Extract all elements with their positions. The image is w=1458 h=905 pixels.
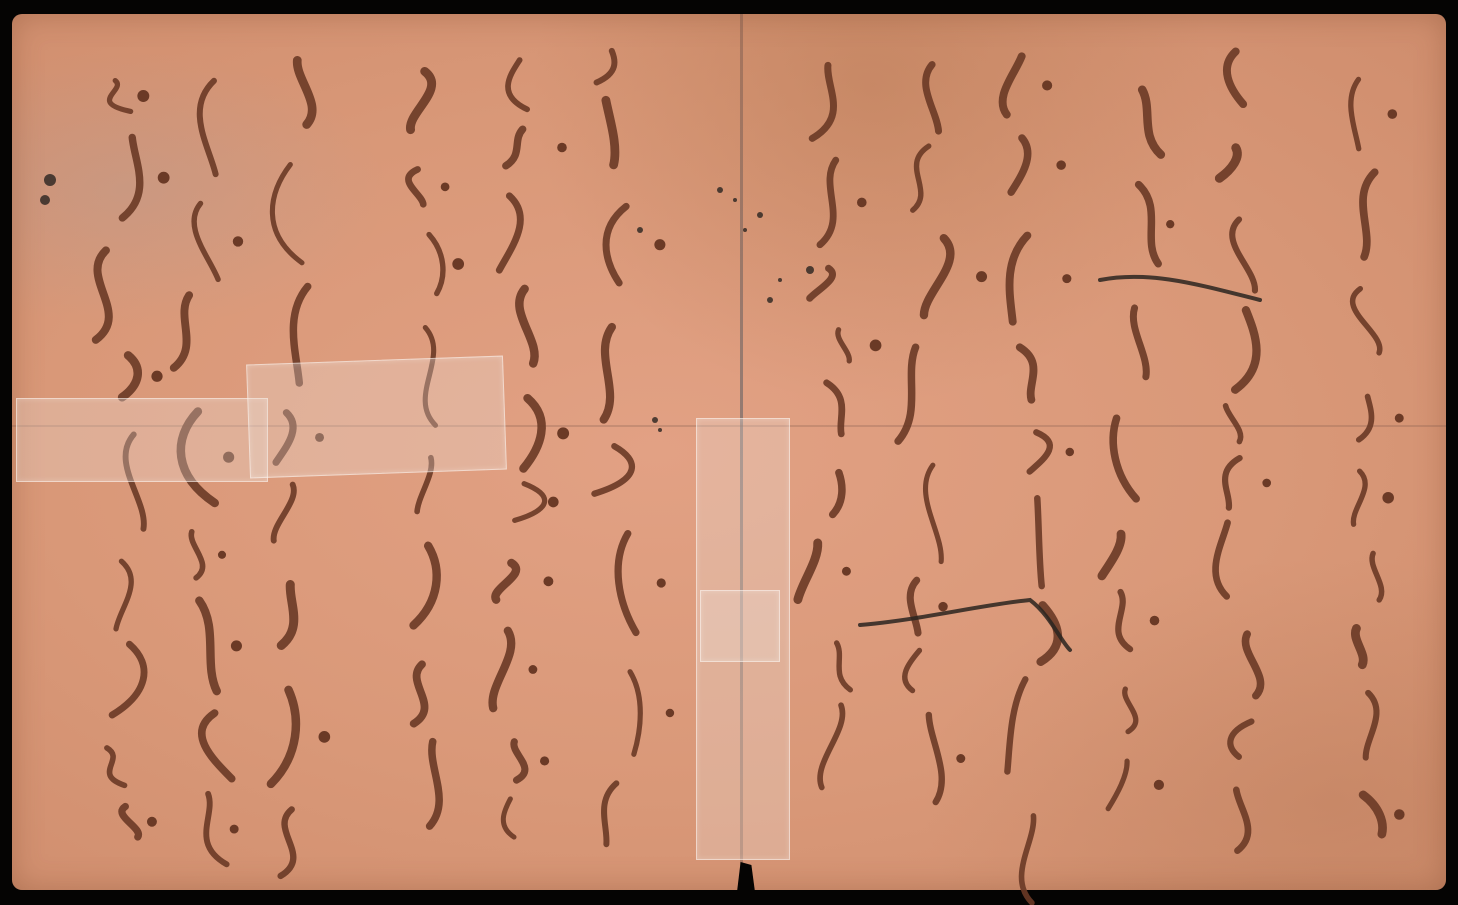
tape-strip-left: [16, 398, 268, 482]
tape-strip-vertical-patch: [700, 590, 780, 662]
document-photograph: [0, 0, 1458, 905]
tape-strip-left-center: [246, 356, 507, 479]
